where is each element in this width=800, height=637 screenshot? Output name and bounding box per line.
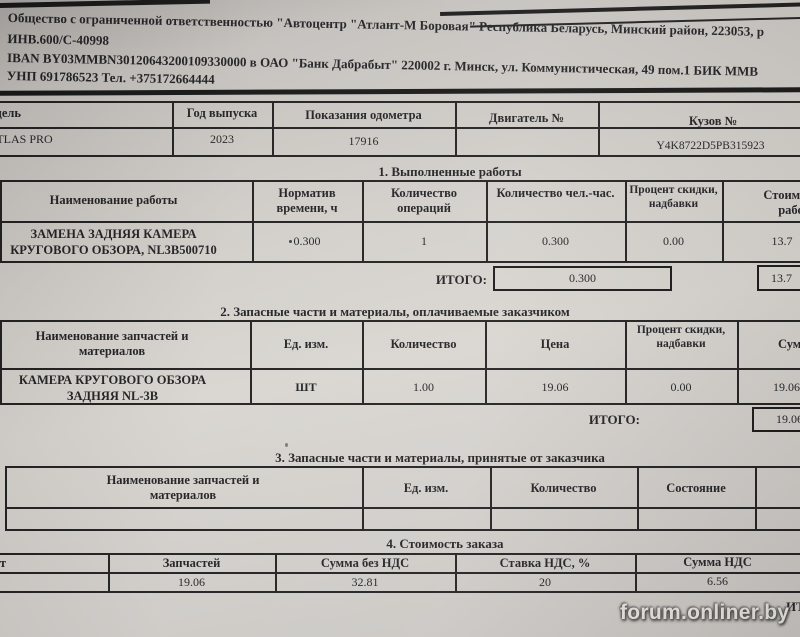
- works-row-manhours: 0.300: [486, 234, 625, 249]
- parts-row-name-line1: КАМЕРА КРУГОВОГО ОБЗОРА: [0, 373, 250, 388]
- client-parts-vline-3: [637, 466, 639, 529]
- vehicle-odometer-value: 17916: [272, 134, 455, 149]
- works-row-norm: 0.300: [252, 234, 362, 249]
- client-parts-vline-4: [755, 466, 757, 529]
- company-name-line: Общество с ограниченной ответственностью…: [8, 10, 764, 40]
- vehicle-model-label: Модель: [0, 106, 21, 121]
- vehicle-engine-label: Двигатель №: [455, 111, 598, 126]
- client-parts-header-state: Состояние: [637, 481, 755, 496]
- client-parts-vline-2: [490, 466, 492, 529]
- works-table-bottom-border: [0, 261, 800, 263]
- order-cost-title: 4. Стоимость заказа: [90, 536, 800, 551]
- client-parts-title: 3. Запасные части и материалы, принятые …: [40, 450, 800, 465]
- document-photo: Общество с ограниченной ответственностью…: [0, 0, 800, 637]
- order-cost-value-sum-no-vat: 32.81: [275, 575, 455, 590]
- order-cost-value-vat-rate: 20: [455, 575, 635, 590]
- order-cost-bottom-border: [0, 591, 800, 593]
- company-header: Общество с ограниченной ответственностью…: [8, 10, 800, 26]
- parts-row-unit: ШТ: [250, 380, 362, 395]
- parts-table-header-border: [0, 368, 800, 370]
- works-header-name: Наименование работы: [0, 193, 252, 208]
- works-table-header-border: [0, 221, 800, 223]
- parts-total-box: 19.06: [752, 407, 800, 432]
- order-cost-header-vat-sum: Сумма НДС: [635, 555, 800, 570]
- vehicle-body-label: Кузов №: [598, 114, 800, 129]
- works-row-name-line1: ЗАМЕНА ЗАДНЯЯ КАМЕРА: [0, 227, 252, 242]
- company-unp-line: УНП 691786523 Тел. +375172664444: [7, 68, 215, 88]
- parts-table-vline-5: [737, 320, 739, 403]
- works-header-discount: Процент скидки, надбавки: [629, 184, 718, 211]
- works-row-name-line2: КРУГОВОГО ОБЗОРА, NL3B500710: [0, 243, 252, 258]
- order-cost-value-vat-sum: 6.56: [635, 574, 800, 589]
- vehicle-table-vline-3: [455, 101, 457, 155]
- client-parts-top-border: [5, 466, 800, 468]
- parts-row-qty: 1.00: [362, 380, 485, 395]
- parts-header-name: Наименование запчастей и материалов: [12, 329, 212, 359]
- works-row-ops: 1: [362, 234, 486, 249]
- client-parts-vline-1: [362, 466, 364, 529]
- order-cost-value-parts: 19.06: [108, 575, 275, 590]
- top-edge-line-left: [0, 0, 210, 8]
- parts-header-discount: Процент скидки, надбавки: [633, 324, 729, 351]
- top-edge-line-right-upper: [440, 2, 800, 15]
- works-title: 1. Выполненные работы: [100, 164, 800, 179]
- company-inv-line: ИНВ.600/С-40998: [7, 31, 109, 49]
- works-total-cost-box: 13.7: [757, 265, 800, 291]
- parts-row-price: 19.06: [485, 380, 625, 395]
- works-total-cost: 13.7: [771, 271, 792, 286]
- header-divider-line: [0, 87, 800, 95]
- parts-row-sum: 19.06: [773, 380, 800, 395]
- order-cost-header-parts: Запчастей: [108, 556, 275, 571]
- parts-total-sum: 19.06: [776, 412, 800, 427]
- vehicle-table-top-border: [0, 101, 800, 103]
- works-total-hours: 0.300: [569, 271, 596, 286]
- client-parts-bottom-border: [5, 529, 800, 531]
- vehicle-year-label: Год выпуска: [172, 106, 272, 121]
- parts-total-label: ИТОГО:: [500, 412, 640, 427]
- client-parts-header-qty: Количество: [490, 481, 637, 496]
- works-total-label: ИТОГО:: [380, 272, 487, 287]
- works-row-discount: 0.00: [625, 234, 722, 249]
- stray-mark-2: [285, 443, 288, 447]
- vehicle-table-bottom-border: [0, 155, 800, 157]
- parts-header-qty: Количество: [362, 337, 485, 352]
- parts-table-top-border: [0, 320, 800, 322]
- works-header-ops: Количество операций: [367, 186, 481, 216]
- client-parts-vline-0: [5, 466, 7, 529]
- works-total-hours-box: 0.300: [493, 266, 672, 291]
- order-cost-header-works: Работ: [0, 556, 6, 571]
- vehicle-odometer-label: Показания одометра: [272, 108, 455, 123]
- client-parts-header-name: Наименование запчастей и материалов: [83, 473, 283, 503]
- client-parts-header-border: [5, 507, 800, 509]
- works-header-cost: Стоимость работ: [749, 188, 800, 218]
- parts-header-price: Цена: [485, 337, 625, 352]
- client-parts-header-unit: Ед. изм.: [362, 481, 490, 496]
- vehicle-body-value: Y4K8722D5PB315923: [598, 139, 800, 154]
- vehicle-year-value: 2023: [172, 132, 272, 147]
- parts-row-name-line2: ЗАДНЯЯ NL-3B: [0, 389, 250, 404]
- vehicle-model-value: ATLAS PRO: [0, 132, 53, 147]
- watermark: forum.onliner.by: [620, 601, 789, 625]
- parts-header-sum: Сумма: [737, 337, 800, 352]
- works-header-norm: Норматив времени, ч: [257, 186, 357, 216]
- parts-title: 2. Запасные части и материалы, оплачивае…: [0, 304, 790, 319]
- works-row-cost: 13.7: [722, 234, 800, 249]
- parts-header-unit: Ед. изм.: [250, 337, 362, 352]
- order-cost-header-sum-no-vat: Сумма без НДС: [275, 556, 455, 571]
- works-table-top-border: [0, 180, 800, 182]
- order-cost-header-vat-rate: Ставка НДС, %: [455, 556, 635, 571]
- works-header-manhours: Количество чел.-час.: [491, 186, 620, 201]
- parts-row-discount: 0.00: [625, 380, 737, 395]
